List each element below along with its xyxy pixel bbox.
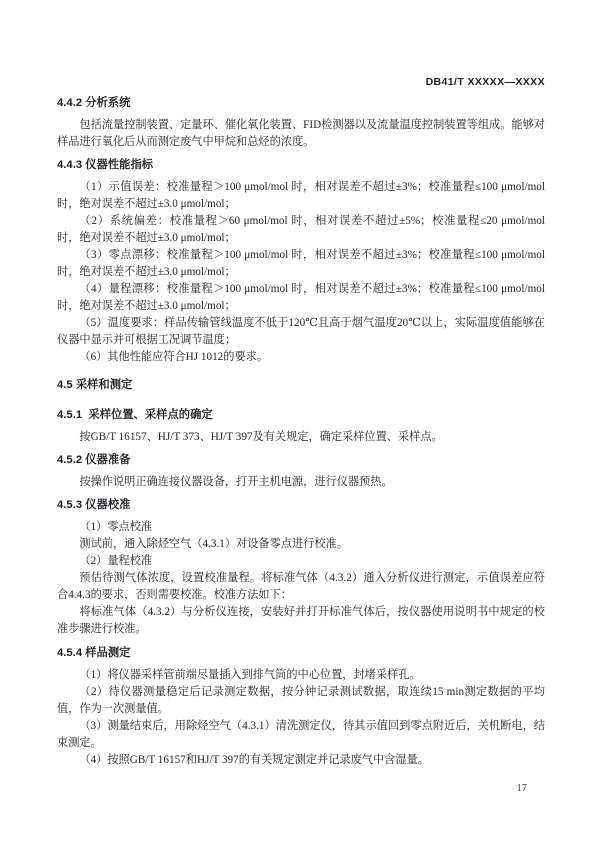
list-item: （1）将仪器采样管前端尽量插入到排气筒的中心位置，封堵采样孔。 xyxy=(57,667,545,684)
document-page: DB41/T XXXXX—XXXX 4.4.2 分析系统 包括流量控制装置、定量… xyxy=(0,0,598,841)
list-item: （2）系统偏差：校准量程＞60 μmol/mol 时，相对误差不超过±5%；校准… xyxy=(57,213,545,247)
paragraph: 预估待测气体浓度，设置校准量程。将标准气体（4.3.2）通入分析仪进行测定，示值… xyxy=(57,570,545,604)
list-item: （3）测量结束后，用除烃空气（4.3.1）清洗测定仪，待其示值回到零点附近后，关… xyxy=(57,718,545,752)
heading-4-5-2: 4.5.2 仪器准备 xyxy=(57,452,545,469)
heading-4-5: 4.5 采样和测定 xyxy=(57,377,545,394)
list-item: （2）待仪器测量稳定后记录测定数据，按分钟记录测试数据，取连续15 min测定数… xyxy=(57,684,545,718)
list-item: （6）其他性能应符合HJ 1012的要求。 xyxy=(57,349,545,366)
list-item: （4）量程漂移：校准量程＞100 μmol/mol 时，相对误差不超过±3%；校… xyxy=(57,281,545,315)
paragraph: 将标准气体（4.3.2）与分析仪连接，安装好并打开标准气体后，按仪器使用说明书中… xyxy=(57,604,545,638)
list-item: （5）温度要求：样品传输管线温度不低于120℃且高于烟气温度20℃以上，实际温度… xyxy=(57,315,545,349)
list-item: （1）零点校准 xyxy=(57,519,545,536)
heading-4-4-2: 4.4.2 分析系统 xyxy=(57,95,545,112)
heading-4-5-4: 4.5.4 样品测定 xyxy=(57,645,545,662)
list-item: （1）示值误差：校准量程＞100 μmol/mol 时，相对误差不超过±3%；校… xyxy=(57,179,545,213)
paragraph: 包括流量控制装置、定量环、催化氧化装置、FID检测器以及流量温度控制装置等组成。… xyxy=(57,117,545,151)
heading-4-5-1: 4.5.1 采样位置、采样点的确定 xyxy=(57,407,545,424)
document-body: 4.4.2 分析系统 包括流量控制装置、定量环、催化氧化装置、FID检测器以及流… xyxy=(57,89,545,769)
paragraph: 按GB/T 16157、HJ/T 373、HJ/T 397及有关规定，确定采样位… xyxy=(57,429,545,446)
heading-4-4-3: 4.4.3 仪器性能指标 xyxy=(57,157,545,174)
paragraph: 按操作说明正确连接仪器设备，打开主机电源，进行仪器预热。 xyxy=(57,474,545,491)
standard-reference: DB41/T XXXXX—XXXX xyxy=(426,76,545,88)
list-item: （2）量程校准 xyxy=(57,553,545,570)
heading-4-5-3: 4.5.3 仪器校准 xyxy=(57,497,545,514)
paragraph: 测试前，通入除烃空气（4.3.1）对设备零点进行校准。 xyxy=(57,536,545,553)
list-item: （3）零点漂移：校准量程＞100 μmol/mol 时，相对误差不超过±3%；校… xyxy=(57,247,545,281)
list-item: （4）按照GB/T 16157和HJ/T 397的有关规定测定并记录废气中含湿量… xyxy=(57,752,545,769)
page-number: 17 xyxy=(57,780,527,797)
